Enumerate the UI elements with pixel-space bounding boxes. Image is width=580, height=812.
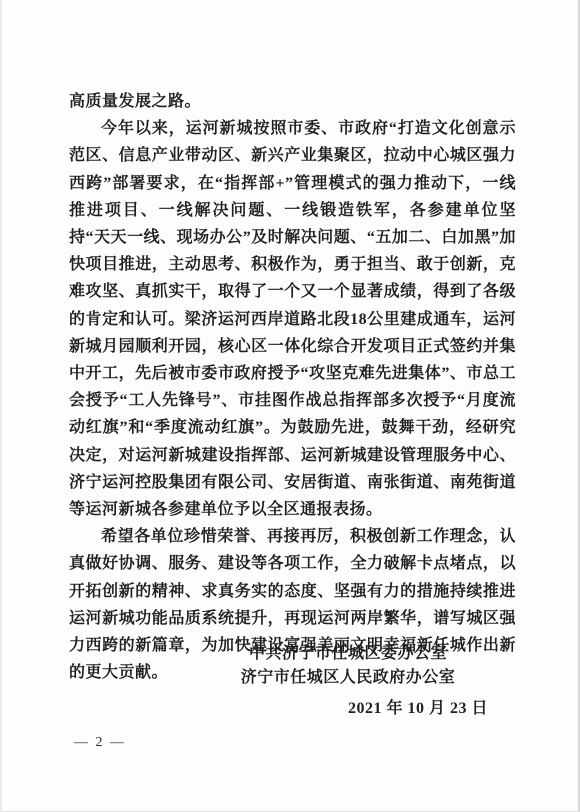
body-paragraph: 今年以来，运河新城按照市委、市政府“打造文化创意示范区、信息产业带动区、新兴产业…: [69, 115, 516, 523]
signature-org-government-office: 济宁市任城区人民政府办公室: [240, 666, 456, 690]
document-body: 高质量发展之路。今年以来，运河新城按照市委、市政府“打造文化创意示范区、信息产业…: [69, 88, 516, 686]
document-date: 2021 年 10 月 23 日: [348, 695, 488, 718]
body-paragraph: 高质量发展之路。: [69, 88, 516, 115]
signature-block: 中共济宁市任城区委办公室 济宁市任城区人民政府办公室: [240, 642, 456, 689]
document-page: 高质量发展之路。今年以来，运河新城按照市委、市政府“打造文化创意示范区、信息产业…: [0, 0, 580, 812]
page-number: — 2 —: [74, 735, 126, 751]
signature-org-party-office: 中共济宁市任城区委办公室: [240, 642, 456, 666]
screenshot-canvas: 高质量发展之路。今年以来，运河新城按照市委、市政府“打造文化创意示范区、信息产业…: [0, 0, 580, 812]
